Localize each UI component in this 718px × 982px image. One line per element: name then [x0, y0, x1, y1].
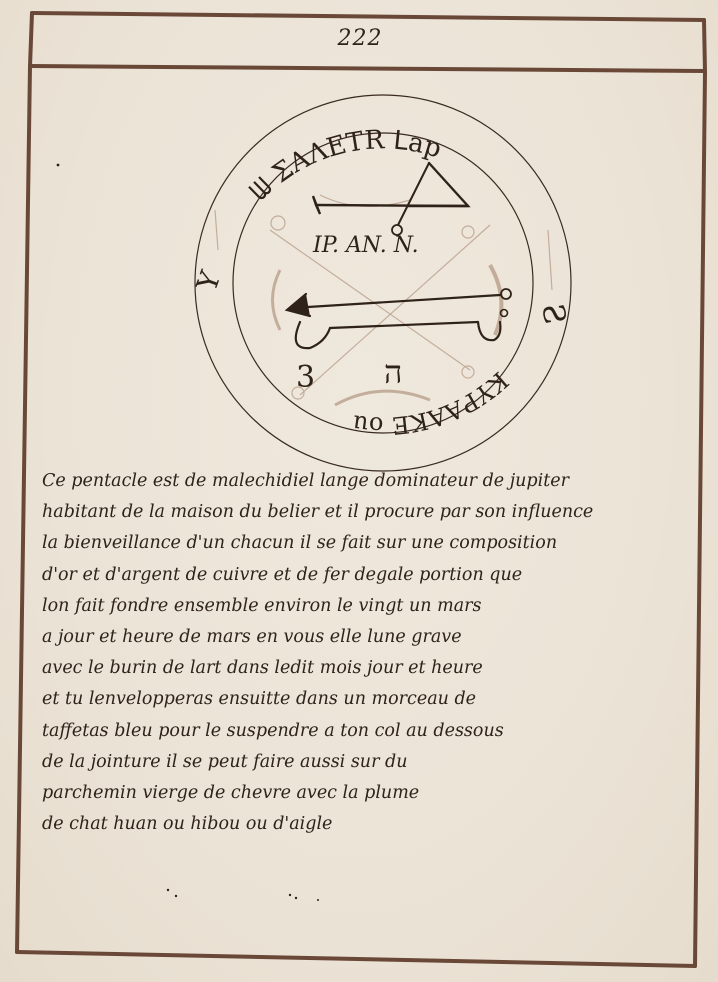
text-line: lon fait fondre ensemble environ le ving… [42, 591, 712, 622]
ring-text-bottom: ΚΥΡΑΑΚΕ ou [351, 366, 514, 440]
text-line: avec le burin de lart dans ledit mois jo… [42, 653, 712, 684]
lower-left-glyph: 3 [296, 360, 315, 395]
upper-sigil [313, 163, 468, 235]
text-line: la bienveillance d'un chacun il se fait … [42, 528, 712, 559]
page-number: 222 [330, 26, 390, 51]
text-line: de chat huan ou hibou ou d'aigle [42, 809, 712, 840]
text-line: de la jointure il se peut faire aussi su… [42, 747, 712, 778]
text-line: habitant de la maison du belier et il pr… [42, 497, 712, 528]
text-line: taffetas bleu pour le suspendre a ton co… [42, 716, 712, 747]
text-line: d'or et d'argent de cuivre et de fer deg… [42, 560, 712, 591]
text-line: a jour et heure de mars en vous elle lun… [42, 622, 712, 653]
manuscript-text: Ce pentacle est de malechidiel lange dom… [42, 466, 712, 840]
text-line: et tu lenvelopperas ensuitte dans un mor… [42, 684, 712, 715]
text-line: Ce pentacle est de malechidiel lange dom… [42, 466, 712, 497]
lower-center-glyph: ה [384, 353, 402, 391]
lower-sigil [287, 289, 511, 348]
text-line: parchemin vierge de chevre avec la plume [42, 778, 712, 809]
center-initials: IP. AN. N. [312, 233, 419, 258]
manuscript-page: ᗯ ΣΑΛΕΤR ᒪap ΚΥΡΑΑΚΕ ou Y Ƨ IP. AN. N. 3… [0, 0, 718, 982]
